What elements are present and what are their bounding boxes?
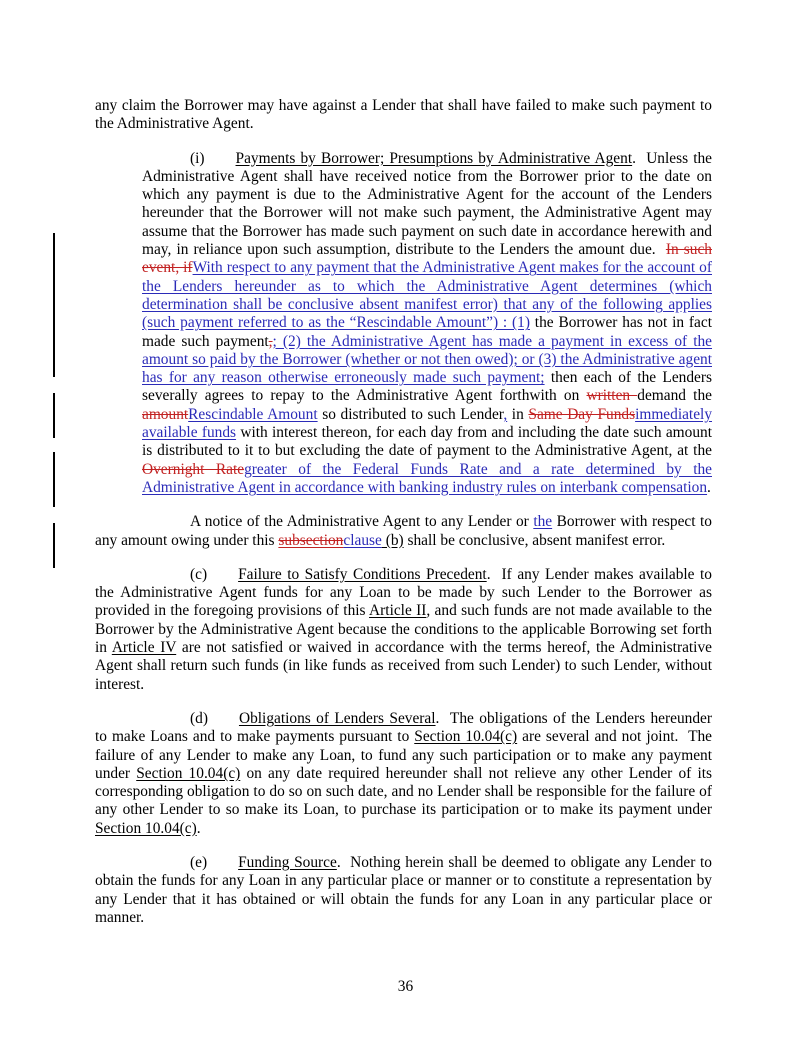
underlined-text-run: (b) [382,532,404,549]
change-bar [53,523,55,568]
underlined-text-run: Section 10.04(c) [414,728,517,745]
paragraph-i-payments-by-borrower: (i)Payments by Borrower; Presumptions by… [142,150,712,498]
text-run: so distributed to such Lender [318,406,504,423]
text-run: . [707,479,711,496]
paragraph-e-funding-source: (e)Funding Source. Nothing herein shall … [95,854,712,927]
text-run: in [507,406,528,423]
paragraph-notice: A notice of the Administrative Agent to … [95,513,712,550]
underlined-text-run: Section 10.04(c) [95,820,197,837]
underlined-text-run: Article II [369,602,426,619]
inserted-text-run: Rescindable Amount [188,406,317,423]
paragraph-continuation: any claim the Borrower may have against … [95,97,712,134]
text-run: are not satisfied or waived in accordanc… [95,639,712,693]
list-label: (d) [190,710,208,727]
underlined-text-run: Payments by Borrower; Presumptions by Ad… [236,150,633,167]
change-bar [53,233,55,377]
deleted-text-run: Overnight Rate [142,461,244,478]
text-run: any claim the Borrower may have against … [95,97,712,132]
list-label: (i) [190,150,205,167]
inserted-text-run: the [533,513,552,530]
underlined-text-run: Article IV [112,639,176,656]
paragraph-d-obligations-of-lenders: (d)Obligations of Lenders Several. The o… [95,710,712,838]
change-bar [53,452,55,507]
paragraph-c-failure-to-satisfy: (c)Failure to Satisfy Conditions Precede… [95,566,712,694]
document-content: any claim the Borrower may have against … [95,97,712,943]
text-run: demand the [637,387,712,404]
underlined-text-run: Failure to Satisfy Conditions Precedent [238,566,487,583]
deleted-text-run: written [587,387,638,404]
text-run: A notice of the Administrative Agent to … [190,513,533,530]
list-label: (c) [190,566,207,583]
page-number: 36 [0,978,811,996]
text-run: shall be conclusive, absent manifest err… [404,532,666,549]
deleted-text-run: amount [142,406,188,423]
underlined-text-run: Obligations of Lenders Several [239,710,436,727]
underlined-text-run: Section 10.04(c) [136,765,240,782]
list-label: (e) [190,854,207,871]
text-run: . [197,820,201,837]
inserted-text-run: clause [343,532,381,549]
deleted-text-run: Same Day Funds [528,406,635,423]
underlined-text-run: Funding Source [238,854,337,871]
change-bar [53,393,55,438]
deleted-text-run: subsection [278,532,343,549]
text-run: . Nothing herein shall be deemed to obli… [95,854,712,926]
document-page: any claim the Borrower may have against … [0,0,811,1050]
